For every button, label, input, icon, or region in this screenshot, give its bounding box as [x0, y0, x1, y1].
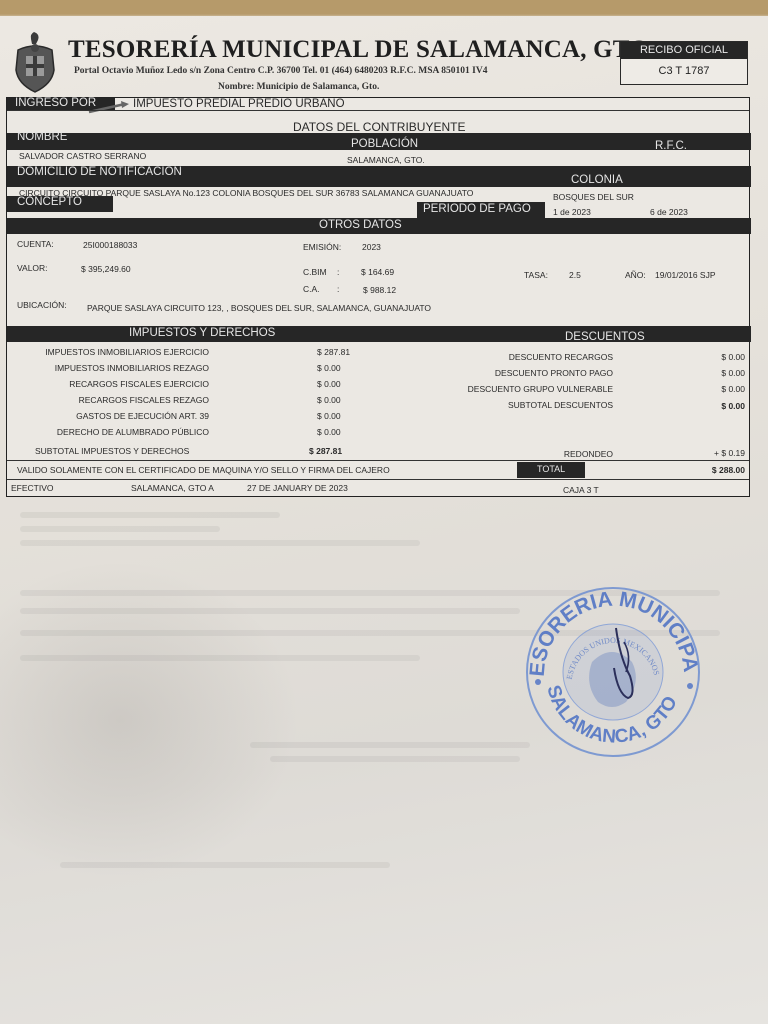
redondeo-value: + $ 0.19	[714, 448, 745, 458]
impuestos-subtotal-label: SUBTOTAL IMPUESTOS Y DERECHOS	[35, 446, 189, 456]
impuestos-subtotal-value: $ 287.81	[309, 446, 342, 456]
validez-note: VALIDO SOLAMENTE CON EL CERTIFICADO DE M…	[17, 465, 390, 475]
ca-label: C.A.	[303, 284, 320, 294]
periodo-hasta: 6 de 2023	[650, 207, 688, 217]
bleed-through-line	[60, 862, 390, 868]
issuer-title: TESORERÍA MUNICIPAL DE SALAMANCA, GTO.	[68, 36, 655, 64]
descuentos-subtotal-value: $ 0.00	[721, 401, 745, 411]
receipt-number-box: RECIBO OFICIAL C3 T 1787	[620, 41, 748, 85]
impuesto-label: GASTOS DE EJECUCIÓN ART. 39	[76, 411, 209, 421]
lugar: SALAMANCA, GTO A	[131, 483, 214, 493]
descuento-amount: $ 0.00	[721, 368, 745, 378]
divider	[7, 110, 749, 111]
descuento-amount: $ 0.00	[721, 384, 745, 394]
impuesto-label: IMPUESTOS INMOBILIARIOS EJERCICIO	[45, 347, 209, 357]
emision-label: EMISIÓN:	[303, 242, 341, 252]
issuer-address: Portal Octavio Muñoz Ledo s/n Zona Centr…	[74, 66, 487, 76]
rfc-label: R.F.C.	[655, 140, 687, 152]
bleed-through-line	[250, 742, 530, 748]
total-label: TOTAL	[537, 464, 565, 474]
emision-value: 2023	[362, 242, 381, 252]
ubicacion-label: UBICACIÓN:	[17, 300, 67, 310]
divider	[7, 479, 749, 480]
forma-pago: EFECTIVO	[11, 483, 54, 493]
poblacion-label: POBLACIÓN	[351, 138, 418, 150]
valor-value: $ 395,249.60	[81, 264, 131, 274]
cbim-value: $ 164.69	[361, 267, 394, 277]
impuestos-title: IMPUESTOS Y DERECHOS	[129, 327, 275, 339]
descuentos-title: DESCUENTOS	[565, 331, 645, 343]
impuesto-amount: $ 0.00	[317, 395, 341, 405]
periodo-desde: 1 de 2023	[553, 207, 591, 217]
fecha: 27 DE JANUARY DE 2023	[247, 483, 348, 493]
otros-datos-title: OTROS DATOS	[319, 219, 402, 231]
bleed-through-line	[20, 526, 220, 532]
impuesto-amount: $ 0.00	[317, 411, 341, 421]
cbim-sep: :	[337, 267, 339, 277]
cuenta-value: 25I000188033	[83, 240, 137, 250]
ubicacion-value: PARQUE SASLAYA CIRCUITO 123, , BOSQUES D…	[87, 303, 431, 313]
descuento-label: DESCUENTO PRONTO PAGO	[495, 368, 613, 378]
total-value: $ 288.00	[712, 465, 745, 475]
nombre-value: SALVADOR CASTRO SERRANO	[19, 151, 146, 161]
cuenta-label: CUENTA:	[17, 239, 54, 249]
anio-label: AÑO:	[625, 270, 646, 280]
impuesto-label: RECARGOS FISCALES EJERCICIO	[69, 379, 209, 389]
municipal-seal-stamp: TESORERIA MUNICIPAL SALAMANCA, GTO. ESTA…	[520, 582, 706, 760]
receipt-number: C3 T 1787	[621, 59, 747, 84]
receipt-label: RECIBO OFICIAL	[621, 42, 747, 59]
ca-sep: :	[337, 284, 339, 294]
anio-value: 19/01/2016 SJP	[655, 270, 716, 280]
impuesto-label: DERECHO DE ALUMBRADO PÚBLICO	[57, 427, 209, 437]
nombre-label: NOMBRE	[17, 131, 67, 143]
domicilio-label: DOMICILIO DE NOTIFICACIÓN	[17, 166, 182, 178]
bleed-through-line	[270, 756, 520, 762]
contribuyente-title: DATOS DEL CONTRIBUYENTE	[293, 120, 465, 134]
arrow-icon	[87, 100, 131, 114]
tasa-label: TASA:	[524, 270, 548, 280]
poblacion-value: SALAMANCA, GTO.	[347, 155, 425, 165]
tasa-value: 2.5	[569, 270, 581, 280]
colonia-label: COLONIA	[571, 174, 623, 186]
bleed-through-line	[20, 655, 420, 661]
descuento-label: DESCUENTO GRUPO VULNERABLE	[468, 384, 613, 394]
receipt-form: INGRESO POR IMPUESTO PREDIAL PREDIO URBA…	[6, 97, 750, 497]
concepto-label: CONCEPTO	[17, 196, 82, 208]
impuesto-amount: $ 0.00	[317, 427, 341, 437]
ingreso-label: INGRESO POR	[15, 97, 96, 109]
bleed-through-line	[20, 540, 420, 546]
divider	[7, 460, 749, 461]
colonia-value: BOSQUES DEL SUR	[553, 192, 634, 202]
impuesto-label: RECARGOS FISCALES REZAGO	[79, 395, 209, 405]
descuento-amount: $ 0.00	[721, 352, 745, 362]
coat-of-arms-icon	[12, 30, 58, 94]
valor-label: VALOR:	[17, 263, 48, 273]
impuesto-amount: $ 0.00	[317, 363, 341, 373]
impuesto-amount: $ 287.81	[317, 347, 350, 357]
ingreso-value: IMPUESTO PREDIAL PREDIO URBANO	[133, 98, 345, 110]
descuento-label: DESCUENTO RECARGOS	[509, 352, 613, 362]
descuentos-subtotal-label: SUBTOTAL DESCUENTOS	[508, 400, 613, 410]
bleed-through-line	[20, 608, 520, 614]
impuesto-label: IMPUESTOS INMOBILIARIOS REZAGO	[55, 363, 209, 373]
periodo-label: PERIODO DE PAGO	[423, 203, 531, 215]
cbim-label: C.BIM	[303, 267, 327, 277]
bleed-through-line	[20, 512, 280, 518]
issuer-name: Nombre: Municipio de Salamanca, Gto.	[218, 82, 379, 92]
redondeo-label: REDONDEO	[564, 449, 613, 459]
caja: CAJA 3 T	[563, 485, 599, 495]
impuesto-amount: $ 0.00	[317, 379, 341, 389]
ca-value: $ 988.12	[363, 285, 396, 295]
